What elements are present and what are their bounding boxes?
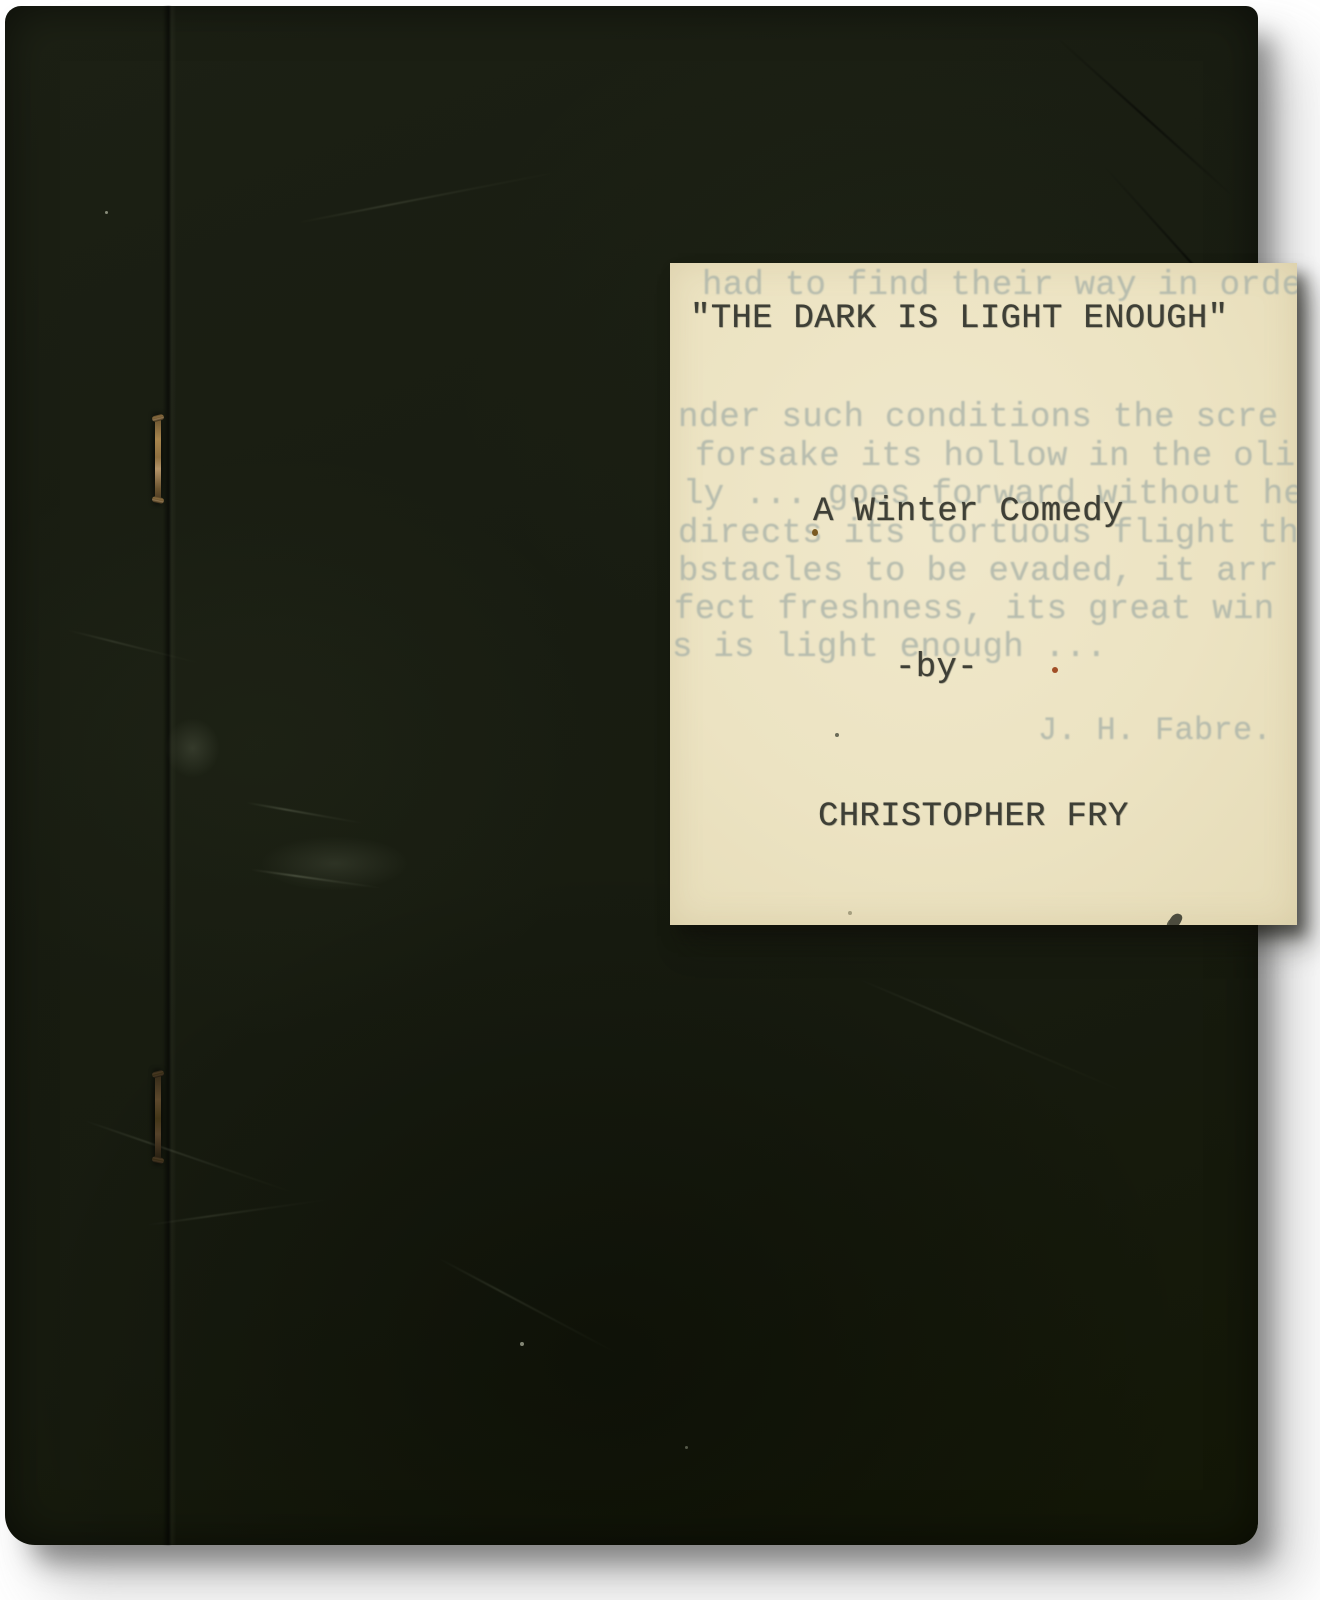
ghost-line: forsake its hollow in the oli bbox=[695, 437, 1295, 477]
ink-mark bbox=[1167, 911, 1183, 925]
ghost-line: fect freshness, its great win bbox=[674, 590, 1274, 630]
script-subtitle: A Winter Comedy bbox=[813, 492, 1124, 532]
rust-dot bbox=[1052, 667, 1058, 673]
scratch-mark bbox=[246, 802, 365, 825]
script-title: "THE DARK IS LIGHT ENOUGH" bbox=[690, 299, 1228, 339]
dark-speck bbox=[835, 733, 839, 737]
staple-top bbox=[147, 412, 169, 506]
spine-crease bbox=[163, 6, 177, 1545]
paper-speck bbox=[105, 211, 108, 214]
scratch-mark bbox=[437, 1257, 623, 1357]
paper-speck bbox=[520, 1342, 524, 1346]
scratch-mark bbox=[297, 170, 562, 223]
dark-speck bbox=[848, 911, 852, 915]
staple-wire bbox=[155, 418, 161, 500]
ghost-line: bstacles to be evaded, it arr bbox=[678, 552, 1278, 592]
paper-speck bbox=[685, 1446, 688, 1449]
staple-bottom bbox=[147, 1068, 169, 1166]
scuff-smudge bbox=[165, 718, 220, 778]
scratch-mark bbox=[81, 1119, 299, 1196]
ghost-line: nder such conditions the scre bbox=[678, 398, 1278, 438]
scratch-mark bbox=[857, 977, 1134, 1096]
staple-wire bbox=[155, 1074, 161, 1160]
corner-crease bbox=[1055, 36, 1235, 198]
scuff-smudge bbox=[260, 836, 410, 891]
author-name: CHRISTOPHER FRY bbox=[818, 797, 1129, 837]
scratch-mark bbox=[67, 629, 203, 665]
epigraph-attribution: J. H. Fabre. bbox=[1038, 712, 1272, 750]
byline: -by- bbox=[895, 648, 978, 688]
brown-speck bbox=[812, 529, 818, 536]
title-label: had to find their way in orde nder such … bbox=[670, 263, 1297, 925]
photo-of-script-cover: had to find their way in orde nder such … bbox=[0, 0, 1320, 1600]
ghost-line: s is light enough ... bbox=[672, 628, 1107, 668]
